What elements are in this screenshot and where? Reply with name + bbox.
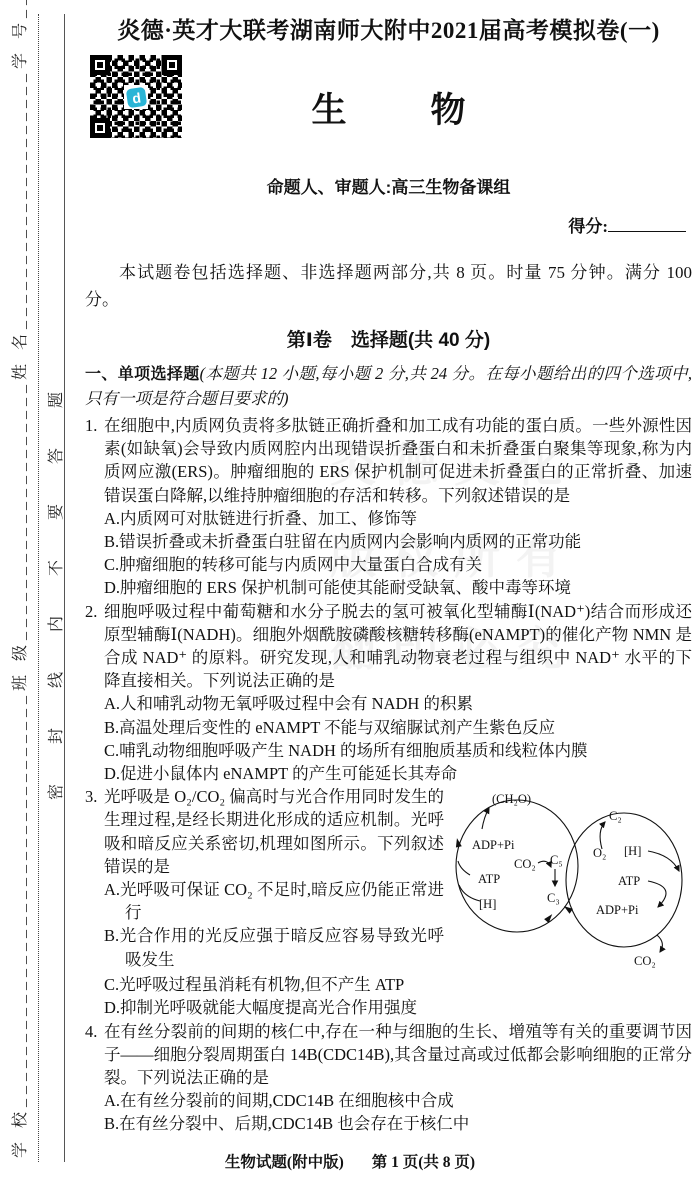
- question-1: 1. 在细胞中,内质网负责将多肽链正确折叠和加工成有功能的蛋白质。一些外源性因素…: [85, 414, 692, 600]
- question-stem: 细胞呼吸过程中葡萄糖和水分子脱去的氢可被氧化型辅酶Ⅰ(NAD⁺)结合而形成还原型…: [104, 600, 692, 693]
- figure-label-atp-right: ATP: [618, 874, 640, 888]
- option-d: D.促进小鼠体内 eNAMPT 的产生可能延长其寿命: [104, 762, 692, 785]
- option-d: D.抑制光呼吸就能大幅度提高光合作用强度: [104, 996, 692, 1019]
- figure-label-h-right: [H]: [624, 844, 641, 858]
- question-stem: 在细胞中,内质网负责将多肽链正确折叠和加工成有功能的蛋白质。一些外源性因素(如缺…: [104, 414, 692, 507]
- figure-label-co2-in: CO₂: [514, 857, 536, 871]
- figure-label-ch2o: (CH₂O): [492, 792, 531, 806]
- option-c: C.肿瘤细胞的转移可能与内质网中大量蛋白合成有关: [104, 553, 692, 576]
- question-number: 2.: [85, 600, 97, 623]
- seal-dotted-line: [38, 14, 39, 1162]
- exam-paper-page: 学 校________________________________班 级__…: [0, 0, 700, 1190]
- photorespiration-figure: (CH₂O) ADP+Pi ATP [H] CO₂ C₅ C₃ C₂ O₂ [H…: [450, 787, 692, 971]
- option-c: C.光呼吸过程虽消耗有机物,但不产生 ATP: [104, 973, 692, 996]
- footer-page-label: 第 1 页(共 8 页): [372, 1154, 475, 1171]
- figure-label-adp-left: ADP+Pi: [472, 838, 515, 852]
- question-number: 1.: [85, 414, 97, 437]
- volume-title: 第Ⅰ卷 选择题(共 40 分): [85, 325, 692, 352]
- option-c: C.哺乳动物细胞呼吸产生 NADH 的场所有细胞质基质和线粒体内膜: [104, 739, 692, 762]
- student-info-fields: 学 校________________________________班 级__…: [7, 13, 37, 1158]
- option-a: A.内质网可对肽链进行折叠、加工、修饰等: [104, 507, 692, 530]
- footer-doc-label: 生物试题(附中版): [225, 1154, 344, 1171]
- main-content: 炎德·英才大联考湖南师大附中2021届高考模拟卷(一) 生物 命题人、审题人:高…: [85, 0, 692, 1136]
- question-number: 4.: [85, 1020, 97, 1043]
- figure-label-atp-left: ATP: [478, 872, 500, 886]
- seal-notice: 密封线内不要答题: [43, 335, 65, 800]
- question-stem: 在有丝分裂前的间期的核仁中,存在一种与细胞的生长、增殖等有关的重要调节因子——细…: [104, 1020, 692, 1090]
- exam-title: 炎德·英才大联考湖南师大附中2021届高考模拟卷(一): [85, 12, 692, 45]
- score-line: 得分:: [85, 212, 692, 237]
- score-blank: [608, 217, 686, 232]
- figure-label-c2: C₂: [609, 809, 622, 823]
- question-list: 1. 在细胞中,内质网负责将多肽链正确折叠和加工成有功能的蛋白质。一些外源性因素…: [85, 414, 692, 1136]
- question-3: (CH₂O) ADP+Pi ATP [H] CO₂ C₅ C₃ C₂ O₂ [H…: [85, 785, 692, 1019]
- exam-instructions: 本试题卷包括选择题、非选择题两部分,共 8 页。时量 75 分钟。满分 100 …: [85, 259, 692, 313]
- question-2: 2. 细胞呼吸过程中葡萄糖和水分子脱去的氢可被氧化型辅酶Ⅰ(NAD⁺)结合而形成…: [85, 600, 692, 786]
- figure-label-c3: C₃: [547, 891, 560, 905]
- option-b: B.错误折叠或未折叠蛋白驻留在内质网内会影响内质网的正常功能: [104, 530, 692, 553]
- option-a: A.人和哺乳动物无氧呼吸过程中会有 NADH 的积累: [104, 692, 692, 715]
- figure-label-c5: C₅: [550, 853, 563, 867]
- question-number: 3.: [85, 785, 97, 808]
- option-d: D.肿瘤细胞的 ERS 保护机制可能使其能耐受缺氧、酸中毒等环境: [104, 576, 692, 599]
- option-b: B.高温处理后变性的 eNAMPT 不能与双缩脲试剂产生紫色反应: [104, 716, 692, 739]
- figure-label-o2: O₂: [593, 846, 606, 860]
- page-footer: 生物试题(附中版)第 1 页(共 8 页): [0, 1150, 700, 1172]
- score-label: 得分:: [568, 217, 608, 236]
- part-heading: 一、单项选择题(本题共 12 小题,每小题 2 分,共 24 分。在每小题给出的…: [85, 362, 692, 410]
- question-4: 4. 在有丝分裂前的间期的核仁中,存在一种与细胞的生长、增殖等有关的重要调节因子…: [85, 1020, 692, 1136]
- option-b: B.在有丝分裂中、后期,CDC14B 也会存在于核仁中: [104, 1112, 692, 1135]
- figure-label-co2-out: CO₂: [634, 954, 656, 968]
- figure-label-h-left: [H]: [479, 897, 496, 911]
- seal-solid-line: [64, 14, 65, 1162]
- subject-title: 生物: [85, 83, 692, 133]
- part-type-label: 一、单项选择题: [85, 366, 200, 383]
- setters-line: 命题人、审题人:高三生物备课组: [85, 173, 692, 198]
- figure-label-adp-right: ADP+Pi: [596, 903, 639, 917]
- option-a: A.在有丝分裂前的间期,CDC14B 在细胞核中合成: [104, 1089, 692, 1112]
- photorespiration-cycle-diagram: (CH₂O) ADP+Pi ATP [H] CO₂ C₅ C₃ C₂ O₂ [H…: [450, 787, 692, 971]
